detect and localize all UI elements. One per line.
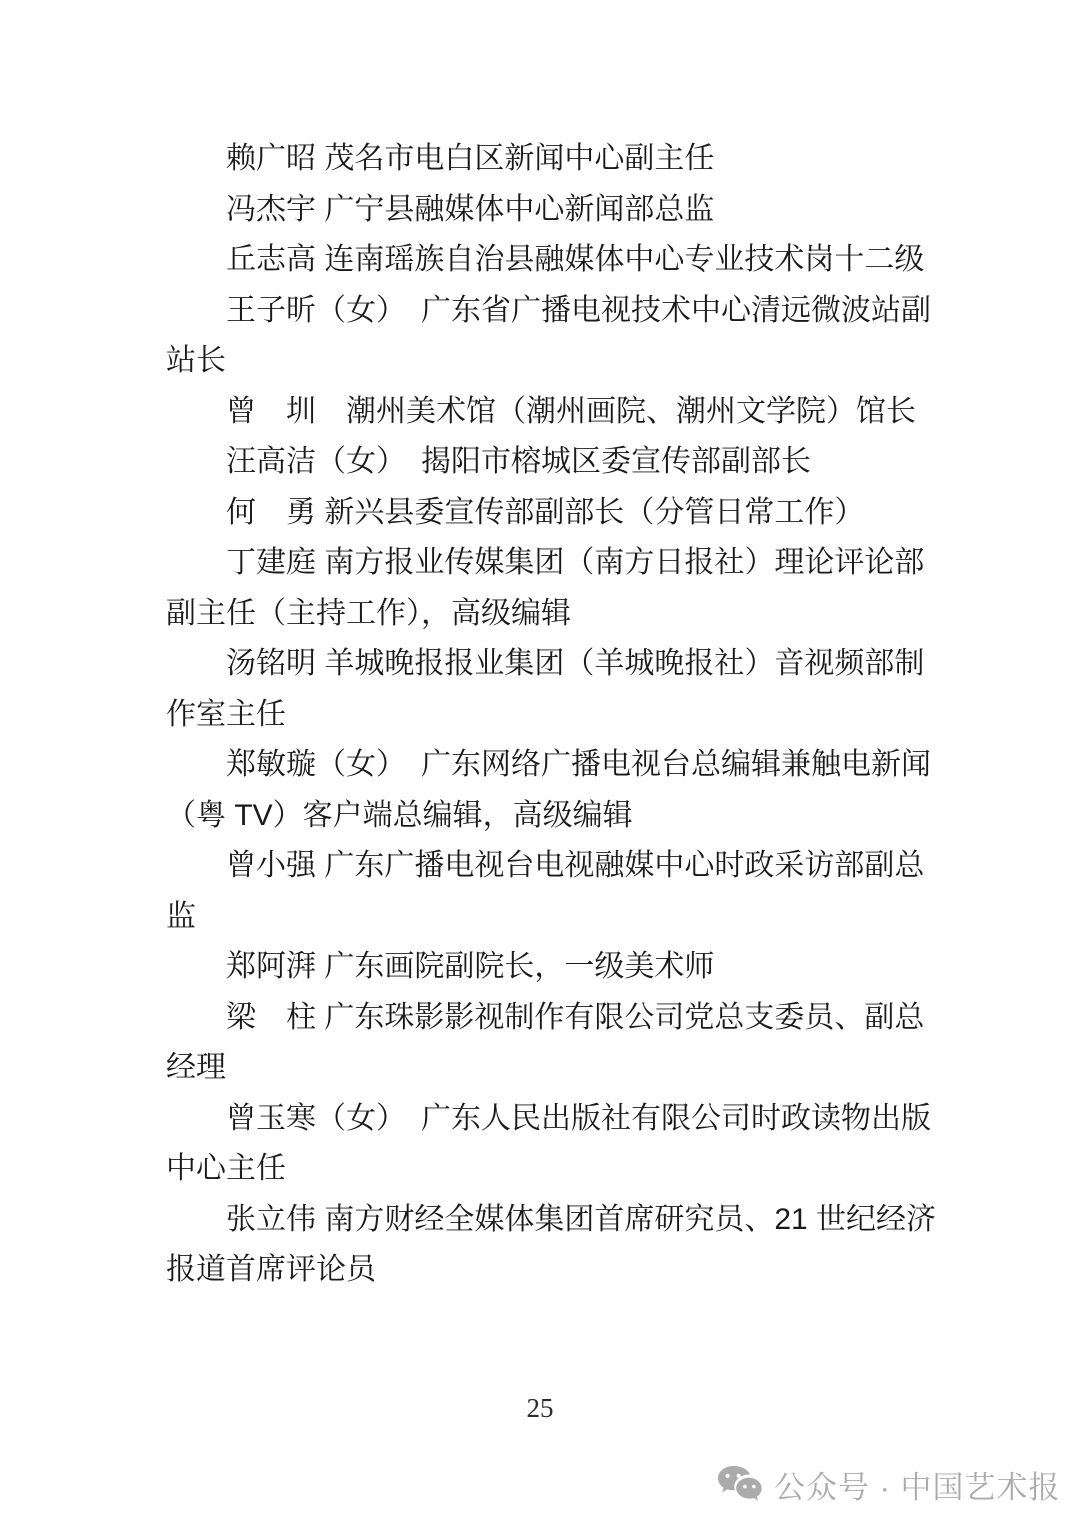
wechat-watermark: 公众号 · 中国艺术报 [716, 1460, 1061, 1508]
entry-line: 作室主任 [166, 690, 956, 741]
entry-line: 副主任（主持工作），高级编辑 [166, 589, 956, 640]
page-number: 25 [0, 1393, 1080, 1424]
list-entry: 赖广昭 茂名市电白区新闻中心副主任 [166, 134, 956, 185]
list-entry: 郑敏璇（女） 广东网络广播电视台总编辑兼触电新闻（粤 TV）客户端总编辑，高级编… [166, 740, 956, 841]
entry-line: 丁建庭 南方报业传媒集团（南方日报社）理论评论部 [166, 538, 956, 589]
document-body: 赖广昭 茂名市电白区新闻中心副主任冯杰宇 广宁县融媒体中心新闻部总监丘志高 连南… [166, 134, 956, 1296]
list-entry: 汪高洁（女） 揭阳市榕城区委宣传部副部长 [166, 437, 956, 488]
entry-line: 郑阿湃 广东画院副院长，一级美术师 [166, 942, 956, 993]
entry-line: 站长 [166, 336, 956, 387]
list-entry: 曾小强 广东广播电视台电视融媒中心时政采访部副总监 [166, 841, 956, 942]
list-entry: 何 勇 新兴县委宣传部副部长（分管日常工作） [166, 488, 956, 539]
entry-line: 何 勇 新兴县委宣传部副部长（分管日常工作） [166, 488, 956, 539]
list-entry: 冯杰宇 广宁县融媒体中心新闻部总监 [166, 185, 956, 236]
list-entry: 梁 柱 广东珠影影视制作有限公司党总支委员、副总经理 [166, 993, 956, 1094]
entry-line: 监 [166, 892, 956, 943]
entry-line: 丘志高 连南瑶族自治县融媒体中心专业技术岗十二级 [166, 235, 956, 286]
list-entry: 郑阿湃 广东画院副院长，一级美术师 [166, 942, 956, 993]
watermark-label: 公众号 · 中国艺术报 [774, 1462, 1061, 1507]
list-entry: 丘志高 连南瑶族自治县融媒体中心专业技术岗十二级 [166, 235, 956, 286]
list-entry: 曾玉寒（女） 广东人民出版社有限公司时政读物出版中心主任 [166, 1094, 956, 1195]
entry-line: 郑敏璇（女） 广东网络广播电视台总编辑兼触电新闻 [166, 740, 956, 791]
entry-line: 汪高洁（女） 揭阳市榕城区委宣传部副部长 [166, 437, 956, 488]
entry-line: 冯杰宇 广宁县融媒体中心新闻部总监 [166, 185, 956, 236]
list-entry: 王子昕（女） 广东省广播电视技术中心清远微波站副站长 [166, 286, 956, 387]
entry-line: 汤铭明 羊城晚报报业集团（羊城晚报社）音视频部制 [166, 639, 956, 690]
entry-line: 经理 [166, 1043, 956, 1094]
entry-line: 报道首席评论员 [166, 1245, 956, 1296]
list-entry: 丁建庭 南方报业传媒集团（南方日报社）理论评论部副主任（主持工作），高级编辑 [166, 538, 956, 639]
entry-line: 中心主任 [166, 1144, 956, 1195]
entry-line: 曾玉寒（女） 广东人民出版社有限公司时政读物出版 [166, 1094, 956, 1145]
entry-line: 张立伟 南方财经全媒体集团首席研究员、21 世纪经济 [166, 1195, 956, 1246]
entry-line: 王子昕（女） 广东省广播电视技术中心清远微波站副 [166, 286, 956, 337]
entry-line: 曾 圳 潮州美术馆（潮州画院、潮州文学院）馆长 [166, 387, 956, 438]
entry-line: 赖广昭 茂名市电白区新闻中心副主任 [166, 134, 956, 185]
list-entry: 张立伟 南方财经全媒体集团首席研究员、21 世纪经济报道首席评论员 [166, 1195, 956, 1296]
list-entry: 汤铭明 羊城晚报报业集团（羊城晚报社）音视频部制作室主任 [166, 639, 956, 740]
list-entry: 曾 圳 潮州美术馆（潮州画院、潮州文学院）馆长 [166, 387, 956, 438]
entry-line: 曾小强 广东广播电视台电视融媒中心时政采访部副总 [166, 841, 956, 892]
wechat-icon [716, 1464, 764, 1504]
document-page: 赖广昭 茂名市电白区新闻中心副主任冯杰宇 广宁县融媒体中心新闻部总监丘志高 连南… [0, 0, 1080, 1526]
entry-line: （粤 TV）客户端总编辑，高级编辑 [166, 791, 956, 842]
entry-line: 梁 柱 广东珠影影视制作有限公司党总支委员、副总 [166, 993, 956, 1044]
